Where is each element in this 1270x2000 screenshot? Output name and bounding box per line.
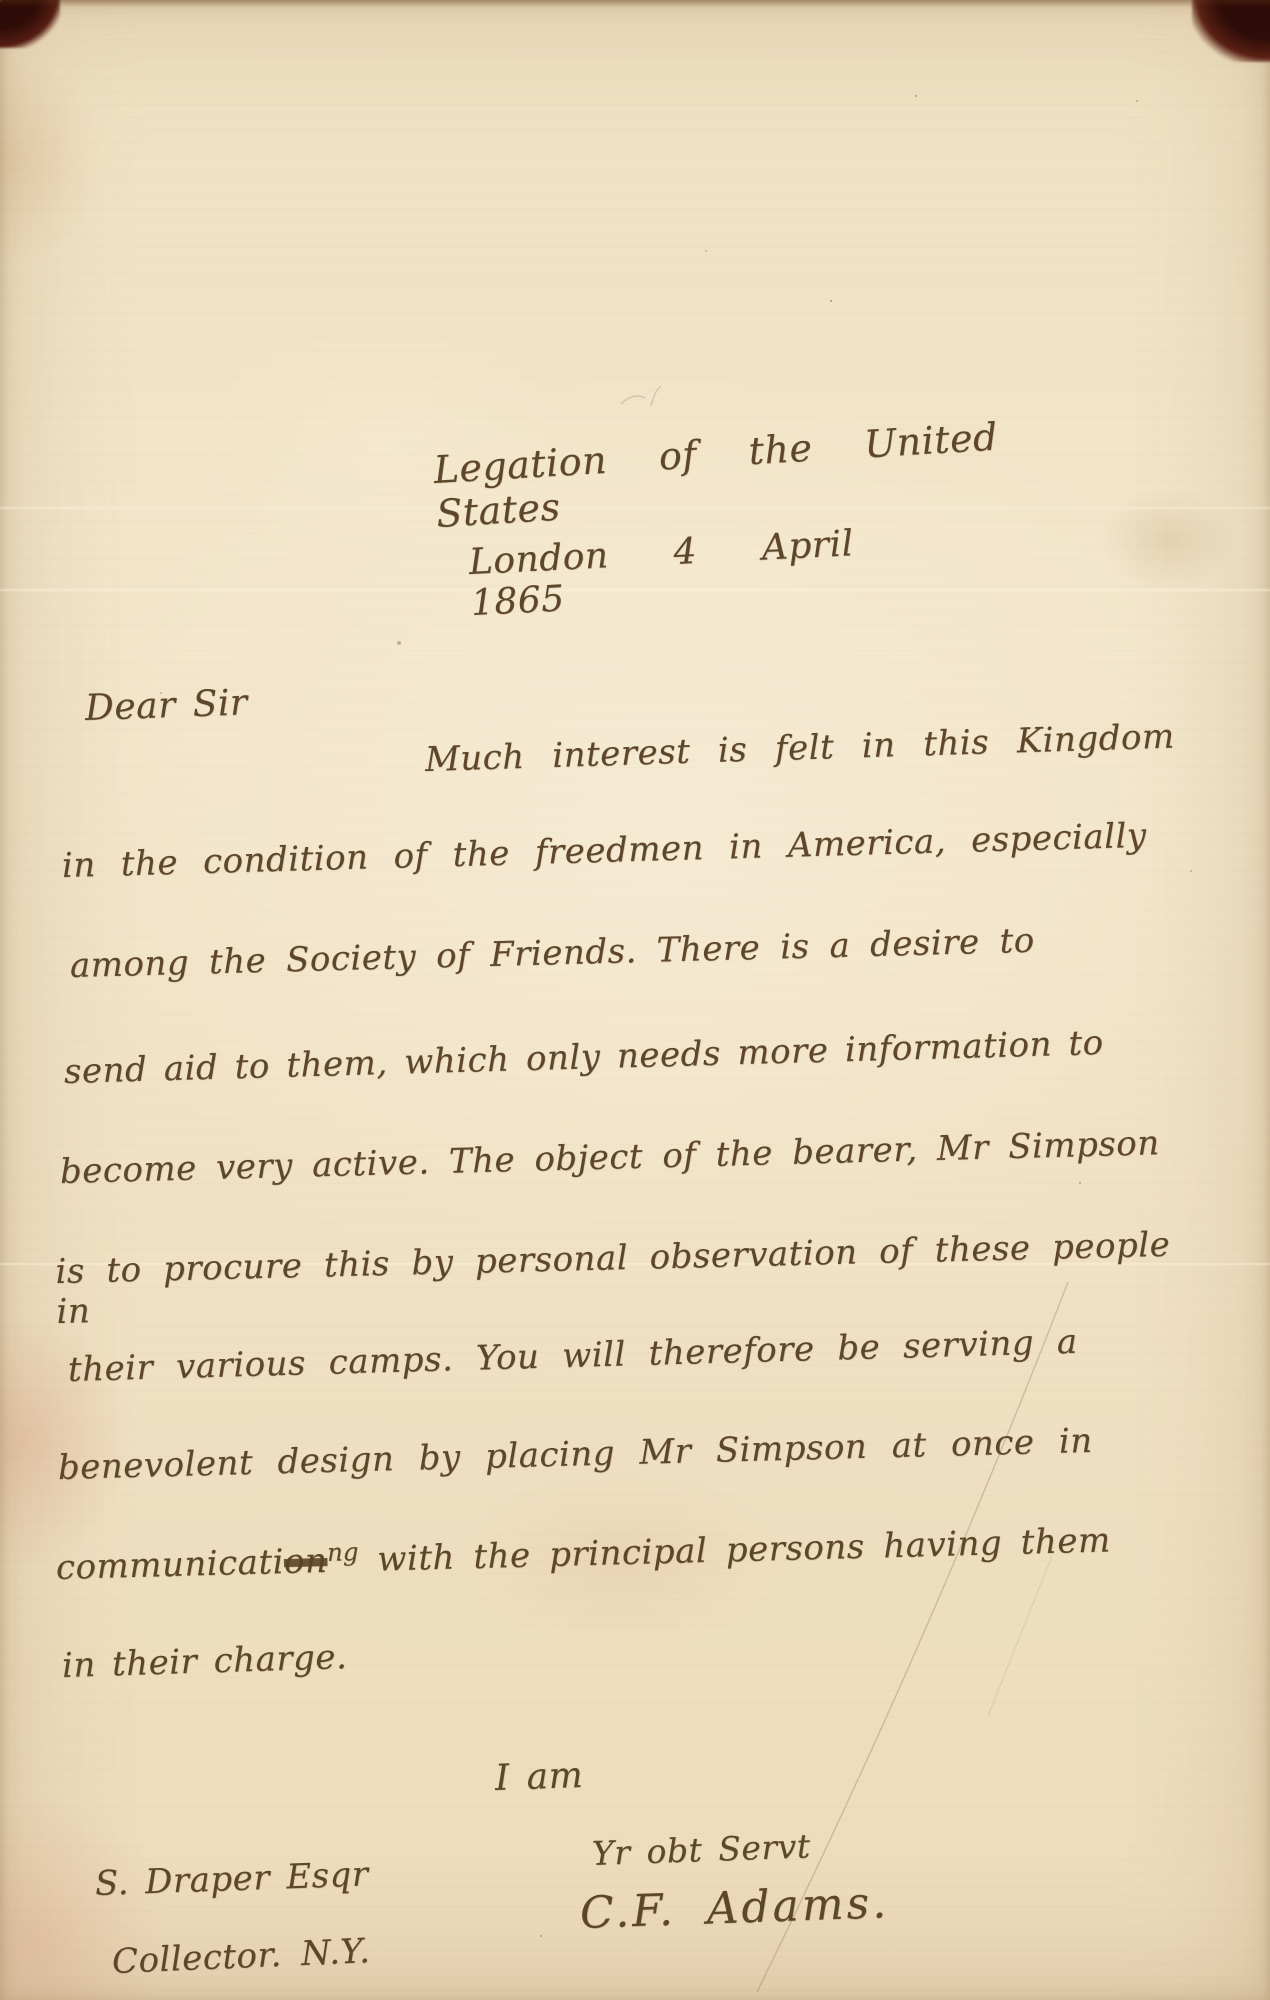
body-line-9-with-correction: communicationng with the principal perso… — [55, 1520, 1111, 1588]
pencil-mark — [615, 378, 675, 418]
recipient-title: Collector. N.Y. — [111, 1931, 371, 1982]
letterhead-line: Legation of the United States — [432, 415, 1001, 536]
paper-specks — [0, 0, 2, 2]
body-line-4: send aid to them, which only needs more … — [63, 1023, 1104, 1092]
body-line-2: in the condition of the freedmen in Amer… — [61, 816, 1147, 886]
struck-out-text: on — [283, 1541, 327, 1582]
paper-crease-line — [0, 0, 1270, 2000]
correction-before: communicati — [55, 1542, 284, 1588]
backing-corner-top-left — [0, 0, 60, 48]
salutation: Dear Sir — [84, 682, 248, 729]
dateline: London 4 April 1865 — [468, 523, 857, 624]
body-line-8: benevolent design by placing Mr Simpson … — [57, 1421, 1093, 1488]
correction-after: with the principal persons having them — [358, 1520, 1111, 1580]
signature-cf-adams: C.F. Adams. — [579, 1877, 890, 1939]
paper-top-edge-shadow — [0, 0, 1270, 7]
backing-corner-top-right — [1192, 0, 1270, 62]
letter-page: Legation of the United States London 4 A… — [0, 0, 1270, 2000]
body-line-7: their various camps. You will therefore … — [67, 1322, 1078, 1390]
body-line-5: become very active. The object of the be… — [59, 1123, 1160, 1192]
body-line-10: in their charge. — [61, 1637, 347, 1686]
closing-your-obedient-servant: Yr obt Servt — [591, 1826, 811, 1873]
body-line-1: Much interest is felt in this Kingdom — [424, 716, 1175, 780]
inserted-correction-text: ng — [327, 1537, 359, 1567]
closing-i-am: I am — [494, 1755, 584, 1799]
recipient-name: S. Draper Esqr — [94, 1854, 369, 1904]
body-line-3: among the Society of Friends. There is a… — [69, 921, 1035, 986]
body-line-6: is to procure this by personal observati… — [55, 1225, 1172, 1332]
